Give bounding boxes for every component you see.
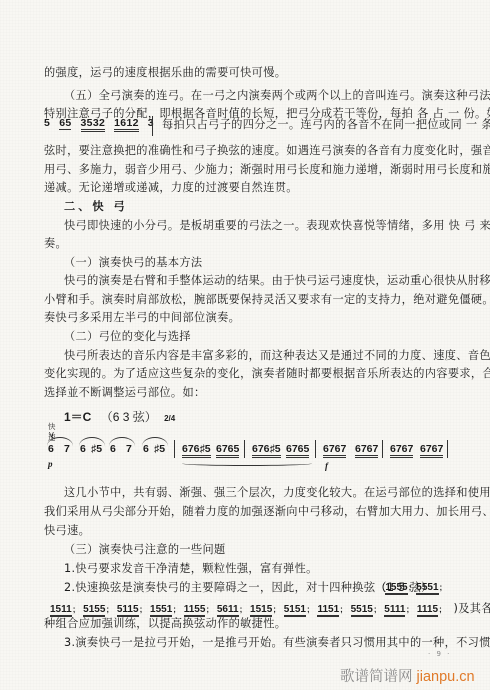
string-pairs-row: 1511; 5155; 5115; 1551; 1155; 5611; 1515… (50, 600, 490, 617)
string-pair: 1511 (50, 604, 72, 617)
subsection-heading: （一）演奏快弓的基本方法 (64, 256, 474, 270)
time-signature: 2/4 (164, 414, 175, 423)
note-group: 6767 (420, 443, 443, 458)
paragraph-line: 快弓即快速的小分弓。是板胡重要的弓法之一。表现欢快喜悦等情绪，多用 快 弓 来 … (64, 219, 454, 233)
string-pair: 1551 (150, 604, 172, 617)
note-group: 676♯5 (252, 443, 281, 458)
paragraph-line: 选择並不断调整运弓部位。如： (44, 386, 454, 400)
note: 6 (143, 443, 149, 455)
list-item: 1.快弓要求发音干净清楚，颗粒性强，富有弹性。 (64, 562, 474, 576)
string-pair: 1155 (184, 604, 206, 617)
paragraph-line: 用弓、多施力，弱音少用弓、少施力；渐强时用弓长度和施力递增，渐弱时用弓长度和施力 (44, 163, 454, 177)
crescendo-line (182, 461, 312, 466)
note: ♯5 (154, 443, 165, 455)
section-heading: 二、快 弓 (64, 200, 474, 214)
barline (244, 440, 245, 458)
note: 65 (59, 117, 71, 130)
paragraph-line: 这几小节中，共有弱、渐强、强三个层次，力度变化较大。在运弓部位的选择和使用上， (64, 486, 454, 500)
list-item: 3.演奏快弓一是拉弓开始，一是推弓开始。有些演奏者只习惯用其中的一种，不习惯或 (64, 636, 454, 650)
watermark-site: jianpu.cn (417, 669, 475, 685)
string-pair: 1151 (317, 604, 339, 617)
string-pair: 1115 (417, 604, 438, 617)
pairs-tail: )及其各 (454, 602, 490, 615)
note: 1612 (114, 117, 139, 132)
subsection-heading: （二）弓位的变化与选择 (64, 330, 474, 344)
watermark: 歌谱简谱网jianpu.cn (340, 665, 475, 686)
string-pair: 5155 (83, 604, 105, 617)
paragraph-line: 的强度，运弓的速度根据乐曲的需要可快可慢。 (44, 66, 454, 80)
paragraph-line: 我们采用从弓尖部分开始，随着力度的加强逐渐向中弓移动，右臂加大用力、加长用弓、加 (44, 505, 454, 519)
string-pair: 1515 (250, 604, 272, 617)
key-label: 1＝C (64, 410, 91, 424)
note: 5 (44, 117, 50, 129)
paragraph-line: 快弓所表达的音乐内容是丰富多彩的，而这种表达又是通过不同的力度、速度、音色的 (64, 349, 454, 363)
paragraph-line: 弦时，要注意换把的准确性和弓子换弦的速度。如遇连弓演奏的各音有力度变化时，强音多 (44, 144, 454, 158)
barline (174, 440, 175, 458)
paragraph-line: 变化实现的。为了适应这些复杂的变化，演奏者随时都要根据音乐所表达的内容要求，合理 (44, 367, 454, 381)
note-group: 6765 (286, 443, 309, 458)
note: 7 (64, 443, 70, 455)
paragraph-line: 快弓速。 (44, 524, 454, 538)
note-group: 6767 (355, 443, 378, 458)
paragraph-line: （五）全弓演奏的连弓。在一弓之内演奏两个或两个以上的音叫连弓。演奏这种弓法要 (64, 89, 454, 103)
note: ♯5 (91, 443, 102, 455)
note: 3532 (81, 117, 106, 132)
subsection-heading: （三）演奏快弓注意的一些问题 (64, 543, 474, 557)
note-group: 676♯5 (182, 443, 211, 458)
string-pair: 5151 (284, 604, 306, 617)
note: 3 (148, 117, 154, 129)
key-signature: 1＝C （6 3 弦） 2/4 (64, 408, 175, 425)
string-pair: 1555 (385, 582, 407, 595)
document-page: 的强度，运弓的速度根据乐曲的需要可快可慢。 （五）全弓演奏的连弓。在一弓之内演奏… (0, 0, 490, 690)
note: 6 (110, 443, 116, 455)
barline (382, 440, 383, 458)
note: 7 (126, 443, 132, 455)
dynamic-mark: f (325, 461, 328, 471)
note: 6 (80, 443, 86, 455)
note: 6 (48, 443, 54, 455)
string-pair: 5111 (384, 604, 405, 617)
dynamic-mark: p (48, 459, 53, 469)
paragraph-line: 快弓的演奏是右臂和手整体运动的结果。由于快弓运弓速度快，运动重心很快从肘移向 (64, 274, 454, 288)
string-pair: 5515 (351, 604, 373, 617)
barline (315, 440, 316, 458)
string-pairs-row: (1555;5551; (382, 582, 447, 595)
note-group: 6765 (216, 443, 239, 458)
string-pair: 5551 (416, 582, 438, 595)
paragraph-line: 递减。无论递增或递减，力度的过渡要自然连贯。 (44, 181, 454, 195)
string-pair: 5611 (217, 604, 239, 617)
page-number: · 9 · (428, 650, 451, 658)
tuning-label: （6 3 弦） (101, 410, 157, 424)
paragraph-line: 奏。 (44, 237, 454, 251)
paragraph-line: 每拍只占弓子的四分之一。连弓内的各音不在同一把位或同 一 条 (162, 118, 454, 132)
string-pair: 5115 (117, 604, 139, 617)
watermark-cn: 歌谱简谱网 (340, 669, 413, 685)
note-group: 6767 (323, 443, 346, 458)
inline-notation: 5 65 3532 1612 3 (44, 117, 160, 137)
barline (447, 440, 448, 458)
barline (152, 116, 153, 136)
paragraph-line: 小臂和手。演奏时肩部放松，腕部既要保持灵活又要求有一定的支持力，绝对避免僵硬。演 (44, 293, 454, 307)
paragraph-line: 种组合应加强训练，以提高换弦动作的敏捷性。 (44, 617, 454, 631)
paragraph-line: 奏快弓多采用左半弓的中间部位演奏。 (44, 311, 454, 325)
note-group: 6767 (390, 443, 413, 458)
